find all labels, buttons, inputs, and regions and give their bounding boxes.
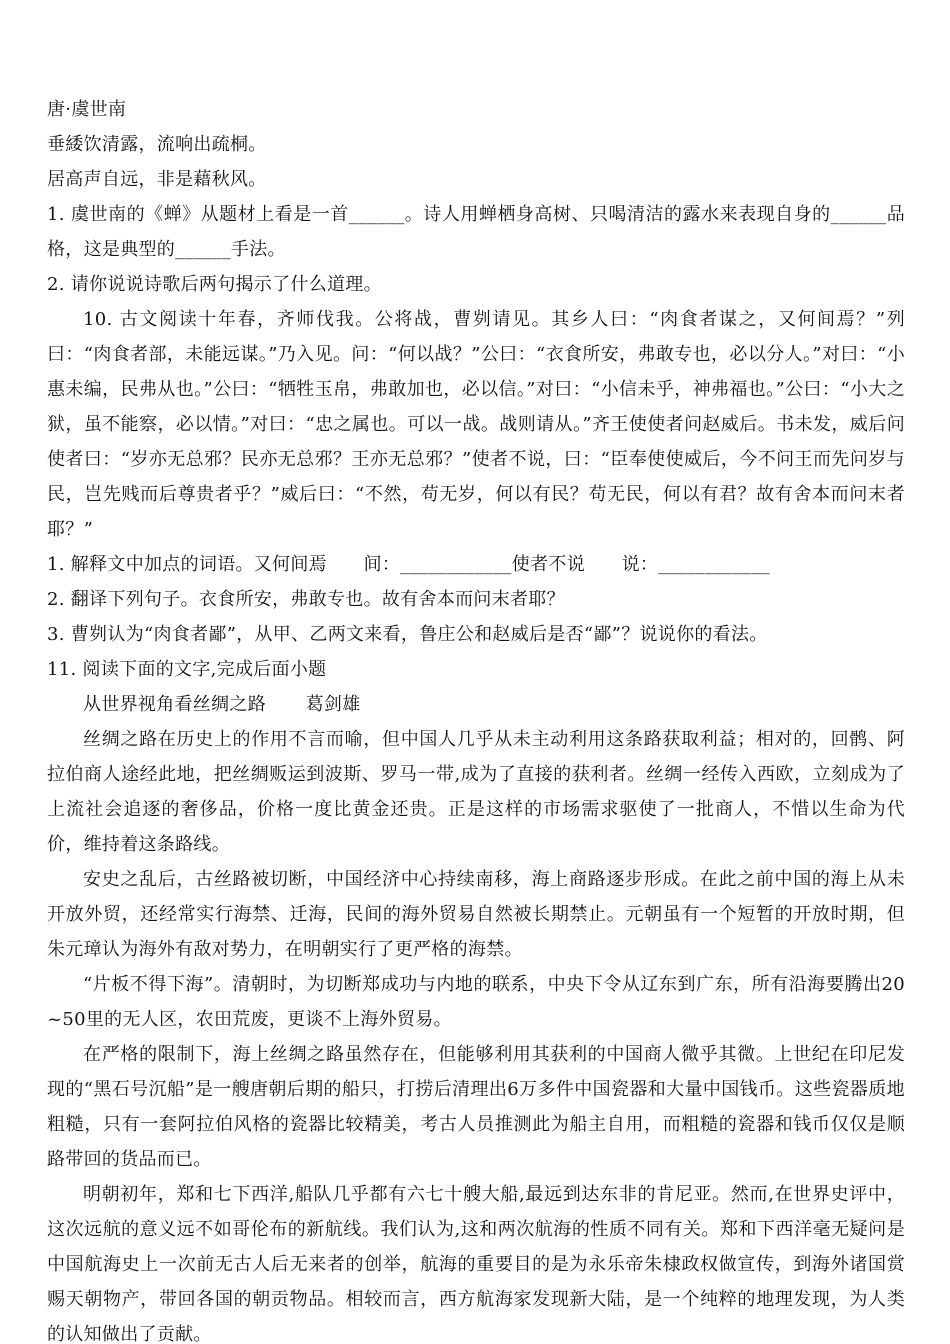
classical-passage: 10. 古文阅读十年春，齐师伐我。公将战，曹刿请见。其乡人曰：“肉食者谋之，又何… (47, 302, 905, 547)
essay-title-line: 从世界视角看丝绸之路葛剑雄 (47, 687, 905, 722)
exam-document-page: 唐·虞世南 垂緌饮清露，流响出疏桐。 居高声自远，非是藉秋风。 1. 虞世南的《… (0, 0, 950, 1344)
poem-author-line: 唐·虞世南 (47, 92, 905, 127)
classical-question-2: 2. 翻译下列句子。衣食所安，弗敢专也。故有舍本而问末者耶？ (47, 582, 905, 617)
reading-instruction: 11. 阅读下面的文字,完成后面小题 (47, 652, 905, 687)
essay-author: 葛剑雄 (306, 694, 361, 715)
essay-paragraph-3: “片板不得下海”。清朝时，为切断郑成功与内地的联系，中央下令从辽东到广东，所有沿… (47, 967, 905, 1037)
poem-verse-2: 居高声自远，非是藉秋风。 (47, 162, 905, 197)
essay-paragraph-1: 丝绸之路在历史上的作用不言而喻，但中国人几乎从未主动利用这条路获取利益；相对的，… (47, 722, 905, 862)
poem-question-2: 2. 请你说说诗歌后两句揭示了什么道理。 (47, 267, 905, 302)
essay-title: 从世界视角看丝绸之路 (83, 694, 266, 715)
classical-question-3: 3. 曹刿认为“肉食者鄙”，从甲、乙两文来看，鲁庄公和赵威后是否“鄙”？说说你的… (47, 617, 905, 652)
poem-verse-1: 垂緌饮清露，流响出疏桐。 (47, 127, 905, 162)
classical-question-1: 1. 解释文中加点的词语。又何间焉 间：____________使者不说 说：_… (47, 547, 905, 582)
essay-paragraph-4: 在严格的限制下，海上丝绸之路虽然存在，但能够利用其获利的中国商人微乎其微。上世纪… (47, 1037, 905, 1177)
essay-paragraph-5: 明朝初年，郑和七下西洋,船队几乎都有六七十艘大船,最远到达东非的肯尼亚。然而,在… (47, 1177, 905, 1344)
poem-question-1: 1. 虞世南的《蝉》从题材上看是一首______。诗人用蝉栖身高树、只喝清洁的露… (47, 197, 905, 267)
essay-paragraph-2: 安史之乱后，古丝路被切断，中国经济中心持续南移，海上商路逐步形成。在此之前中国的… (47, 862, 905, 967)
